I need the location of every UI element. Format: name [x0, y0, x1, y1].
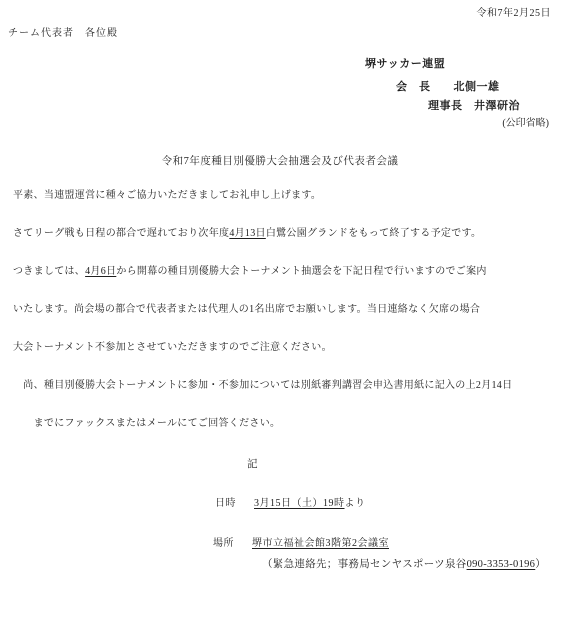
- datetime-row: 日時3月15日（土）19時より: [215, 498, 366, 510]
- record-marker: 記: [247, 459, 258, 471]
- recipient-line: チーム代表者 各位殿: [8, 28, 118, 40]
- sender-president: 会 長 北側一雄: [396, 81, 500, 93]
- place-value: 堺市立福祉会館3階第2会議室: [252, 538, 389, 549]
- sender-director: 理事長 井澤研治: [428, 100, 520, 112]
- body-line: 尚、種目別優勝大会トーナメントに参加・不参加については別紙審判講習会申込書用紙に…: [13, 380, 565, 392]
- body-line: 大会トーナメント不参加とさせていただきますのでご注意ください。: [13, 342, 565, 354]
- issue-date: 令和7年2月25日: [477, 8, 552, 20]
- body-line: さてリーグ戦も日程の都合で遅れており次年度4月13日白鷺公園グランドをもって終了…: [13, 228, 565, 240]
- emergency-contact-line: （緊急連絡先；事務局センヤスポーツ泉谷090-3353-0196）: [262, 559, 546, 571]
- body-line: までにファックスまたはメールにてご回答ください。: [13, 418, 565, 430]
- seal-omitted-note: (公印省略): [502, 118, 549, 130]
- datetime-value: 3月15日（土）19時より: [254, 498, 366, 509]
- body-line: 平素、当連盟運営に種々ご協力いただきましてお礼申し上げます。: [13, 190, 565, 202]
- datetime-label: 日時: [215, 498, 236, 509]
- body-text: 平素、当連盟運営に種々ご協力いただきましてお礼申し上げます。さてリーグ戦も日程の…: [13, 190, 565, 456]
- body-line: つきましては、4月6日から開幕の種目別優勝大会トーナメント抽選会を下記日程で行い…: [13, 266, 565, 278]
- letter-page: 令和7年2月25日 チーム代表者 各位殿 堺サッカー連盟 会 長 北側一雄 理事…: [0, 0, 575, 633]
- body-line: いたします。尚会場の都合で代表者または代理人の1名出席でお願いします。当日連絡な…: [13, 304, 565, 316]
- sender-organization: 堺サッカー連盟: [365, 58, 445, 70]
- place-label: 場所: [213, 538, 234, 549]
- place-row: 場所堺市立福祉会館3階第2会議室: [213, 538, 389, 550]
- document-title: 令和7年度種目別優勝大会抽選会及び代表者会議: [0, 156, 560, 168]
